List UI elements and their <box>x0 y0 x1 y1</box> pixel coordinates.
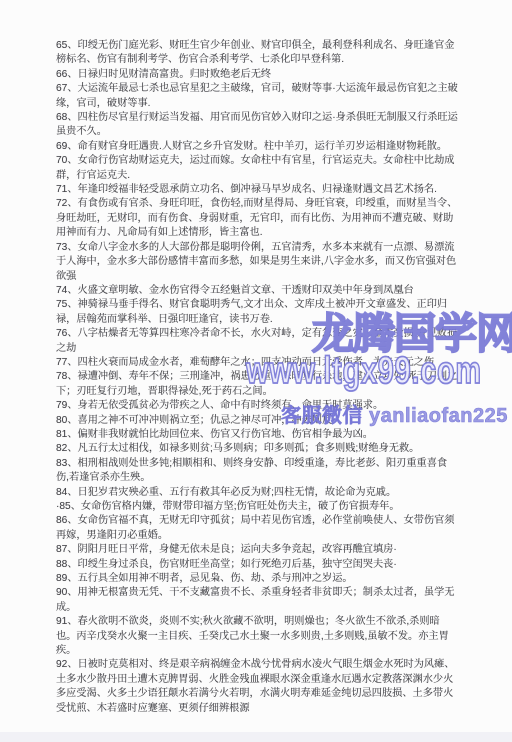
document-item: 79、身若无依受孤贫必为带疾之人、命中有时终须有、命里无时莫强求。 <box>56 399 460 413</box>
document-item: 71、年逢印绶福非轻受恩承荫立功名、倒冲禄马早岁成名、归禄逢财遇文昌艺术扬名. <box>56 183 460 197</box>
document-item: 66、日禄归时见财清高富贵。归时败绝老后无终 <box>56 68 460 82</box>
document-item: 90、用神无根富贵无凭、干不支藏富贵不长、杀重身轻者非贫即夭；制杀太过者，虽学无… <box>56 586 460 615</box>
document-item: 68、四柱伤尽官星行财运当发福、用官而见伤官妙入财印之运·身杀俱旺无制服又行杀旺… <box>56 111 460 140</box>
document-item: 80、喜用之神不可冲冲则祸立至；仇忌之神尽可冲，冲去则反 <box>56 414 460 428</box>
document-item: 91、春火欲明不欲炎，炎则不实;秋火欲藏不欲明，明则燥也；冬火欲生不欲杀,杀则暗… <box>56 615 460 658</box>
document-item: 86、女命伤官福不真，无财无印守孤贫；局中若见伤官透，必作堂前唤使人、女带伤官须… <box>56 514 460 543</box>
document-item: 92、日被时克莫相对、终是艰辛病祸缠金木战兮忧骨病水凌火气眼生烟金水死时为风瘫、… <box>56 658 460 716</box>
document-item: 74、火盛文章明敏、金水伤官得令五经魁首文章、干透财印双美中年身到凤凰台 <box>56 284 460 298</box>
document-item: 88、印绶生身过杀良，伤官财旺坐高堂；如行死绝刃后基，独守空闺哭夫丧· <box>56 558 460 572</box>
document-item: 78、禄遭冲倒、寿年不保；三刑逢冲，祸患必重、杀旺复行杀地，建业立功处,死于刀剑… <box>56 370 460 399</box>
document-item: 72、有食伤或有官杀、身旺印旺，食伤轻,而财星得局、身旺官衰，印绶重，而财星当令… <box>56 197 460 240</box>
document-item: 70、女命行伤官劫财运克夫，运过而嫁。女命柱中有官星，行官运克夫。女命柱中比劫成… <box>56 154 460 183</box>
document-item: 82、凡五行太过相伐，如禄多则贫;马多则病；印多则孤；食多则贱;财绝身无救。 <box>56 442 460 456</box>
document-item: 76、八字枯燥者无等算四柱寒冷者命不长，水火对峙，定有急变之灾、金木受损,方见败… <box>56 327 460 356</box>
document-item: 67、大运流年最忌七杀也忌官星犯之主破缘，官司，破财等事·大运流年最忌伤官犯之主… <box>56 82 460 111</box>
document-item: 87、阴阳月旺日平常，身健无依未是良；运向夫多争竞起，改容再醮宜填房· <box>56 543 460 557</box>
document-item: 69、命有财官身旺遇贵.人财官之乡升官发财。柱中羊刃，运行羊刃岁运相逢财物耗散。 <box>56 140 460 154</box>
page-bottom-strip <box>0 732 512 742</box>
document-item: 75、神骑禄马垂手得名、财官食聪明秀气,文才出众、文库戌土被冲开文章盛发、正印归… <box>56 298 460 327</box>
document-page: 65、印绶无伤门庭光彩、财旺生官少年创业、财官印俱全，最利登科利成名、身旺逢官金… <box>0 0 512 742</box>
document-item: 81、偏财非我财就怕比劫回位来、伤官又行伤官地、伤官相争最为凶。 <box>56 428 460 442</box>
document-item: 65、印绶无伤门庭光彩、财旺生官少年创业、财官印俱全，最利登科利成名、身旺逢官金… <box>56 39 460 68</box>
document-item: 84、日犯岁君灾殃必重、五行有救其年必反为财;四柱无情，故论命为克戚。 <box>56 486 460 500</box>
document-item: 77、四柱火衰而局成金水者，难萄酵年之水；四支冲动而日元受伤者，为先天元之伤 <box>56 356 460 370</box>
document-body: 65、印绶无伤门庭光彩、财旺生官少年创业、财官印俱全，最利登科利成名、身旺逢官金… <box>56 39 460 716</box>
document-item: 83、相刑相战则处世多钝;相顺相和、则终身安静、印绶重逢，寿比老彭、阳刃重重喜食… <box>56 457 460 486</box>
document-item: 73、女命八字金水多的人大部份都是聪明伶俐，五官清秀，水多本来就有一点漂、易漂流… <box>56 241 460 284</box>
document-item: 89、五行具全如用神不明者，忌见枭、伤、劫、杀与刑冲之岁运。 <box>56 572 460 586</box>
document-item: ·85、女命伤官格内嫌，带财带印福方坚;伤官旺处伤夫主，破了伤官损寿年。 <box>56 500 460 514</box>
